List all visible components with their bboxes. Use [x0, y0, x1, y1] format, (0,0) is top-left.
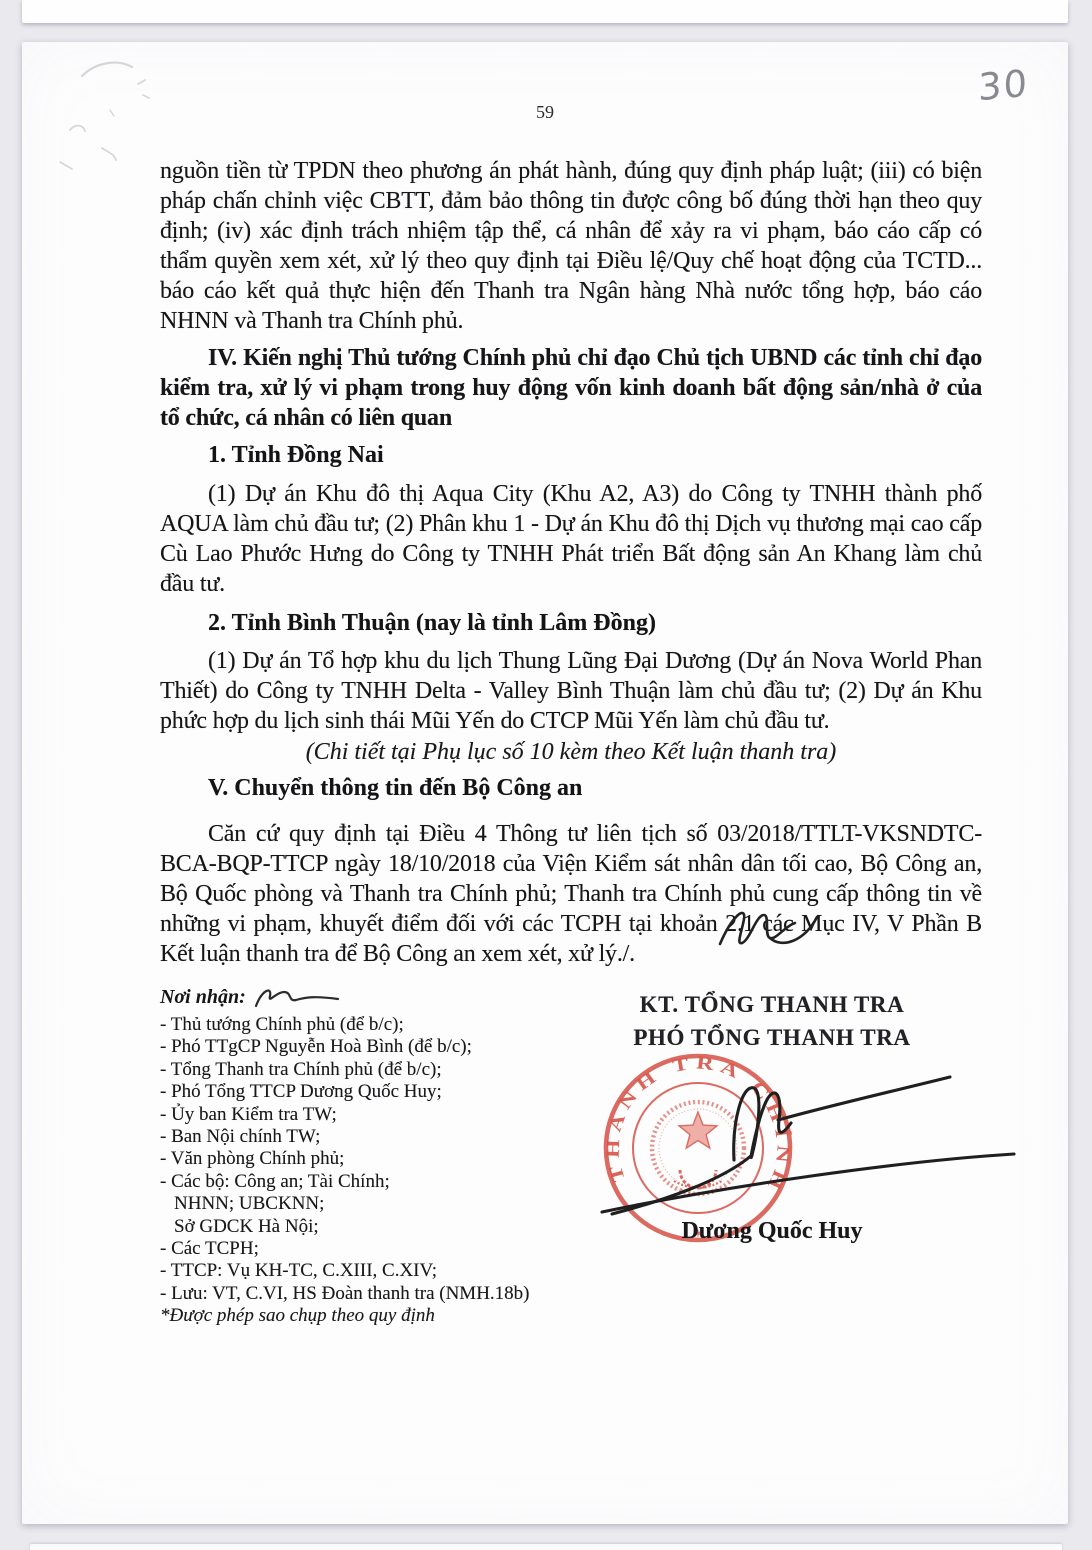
recipient-item: Sở GDCK Hà Nội; [160, 1216, 580, 1238]
subsection-1-title: 1. Tỉnh Đồng Nai [208, 440, 384, 470]
recipient-item: - Văn phòng Chính phủ; [160, 1148, 580, 1170]
recipient-item: - Ban Nội chính TW; [160, 1126, 580, 1148]
recipient-item: - Ủy ban Kiểm tra TW; [160, 1104, 580, 1126]
recipient-item: - TTCP: Vụ KH-TC, C.XIII, C.XIV; [160, 1260, 580, 1282]
recipient-item: - Các TCPH; [160, 1238, 580, 1260]
recipient-item: NHNN; UBCKNN; [160, 1193, 580, 1215]
subsection-1-text: (1) Dự án Khu đô thị Aqua City (Khu A2, … [160, 479, 982, 599]
handwritten-initials [712, 900, 822, 960]
appendix-note: (Chi tiết tại Phụ lục số 10 kèm theo Kết… [160, 739, 982, 766]
page-sheet: 59 30 nguồn tiền từ TPDN theo phương án … [22, 42, 1068, 1524]
next-page-edge [30, 1544, 1062, 1550]
recipient-item: - Các bộ: Công an; Tài Chính; [160, 1171, 580, 1193]
copy-permission-note: *Được phép sao chụp theo quy định [160, 1305, 580, 1327]
signature-stroke [582, 1062, 1052, 1232]
handwritten-page-note: 30 [978, 62, 1029, 110]
recipient-item: - Phó TTgCP Nguyễn Hoà Bình (để b/c); [160, 1036, 580, 1058]
page-number: 59 [22, 102, 1068, 123]
previous-page-edge [22, 0, 1068, 23]
section-v-text: Căn cứ quy định tại Điều 4 Thông tư liên… [160, 819, 982, 969]
signature-position-title: KT. TỔNG THANH TRA PHÓ TỔNG THANH TRA [577, 988, 967, 1054]
subsection-2-title: 2. Tỉnh Bình Thuận (nay là tỉnh Lâm Đồng… [208, 608, 656, 638]
recipient-item: - Lưu: VT, C.VI, HS Đoàn thanh tra (NMH.… [160, 1283, 580, 1305]
recipients-list: - Thủ tướng Chính phủ (để b/c); - Phó TT… [160, 1014, 580, 1328]
recipients-scribble [252, 984, 344, 1014]
recipient-item: - Phó Tổng TTCP Dương Quốc Huy; [160, 1081, 580, 1103]
signature-title-line1: KT. TỔNG THANH TRA [577, 988, 967, 1021]
subsection-2-text: (1) Dự án Tổ hợp khu du lịch Thung Lũng … [160, 646, 982, 736]
recipients-label: Nơi nhận: [160, 986, 246, 1009]
section-v-heading: V. Chuyển thông tin đến Bộ Công an [208, 773, 582, 803]
recipient-item: - Thủ tướng Chính phủ (để b/c); [160, 1014, 580, 1036]
recipient-item: - Tổng Thanh tra Chính phủ (để b/c); [160, 1059, 580, 1081]
document-viewer: 59 30 nguồn tiền từ TPDN theo phương án … [0, 0, 1092, 1550]
section-iv-heading: IV. Kiến nghị Thủ tướng Chính phủ chỉ đạ… [160, 343, 982, 433]
paragraph-continuation: nguồn tiền từ TPDN theo phương án phát h… [160, 156, 982, 336]
